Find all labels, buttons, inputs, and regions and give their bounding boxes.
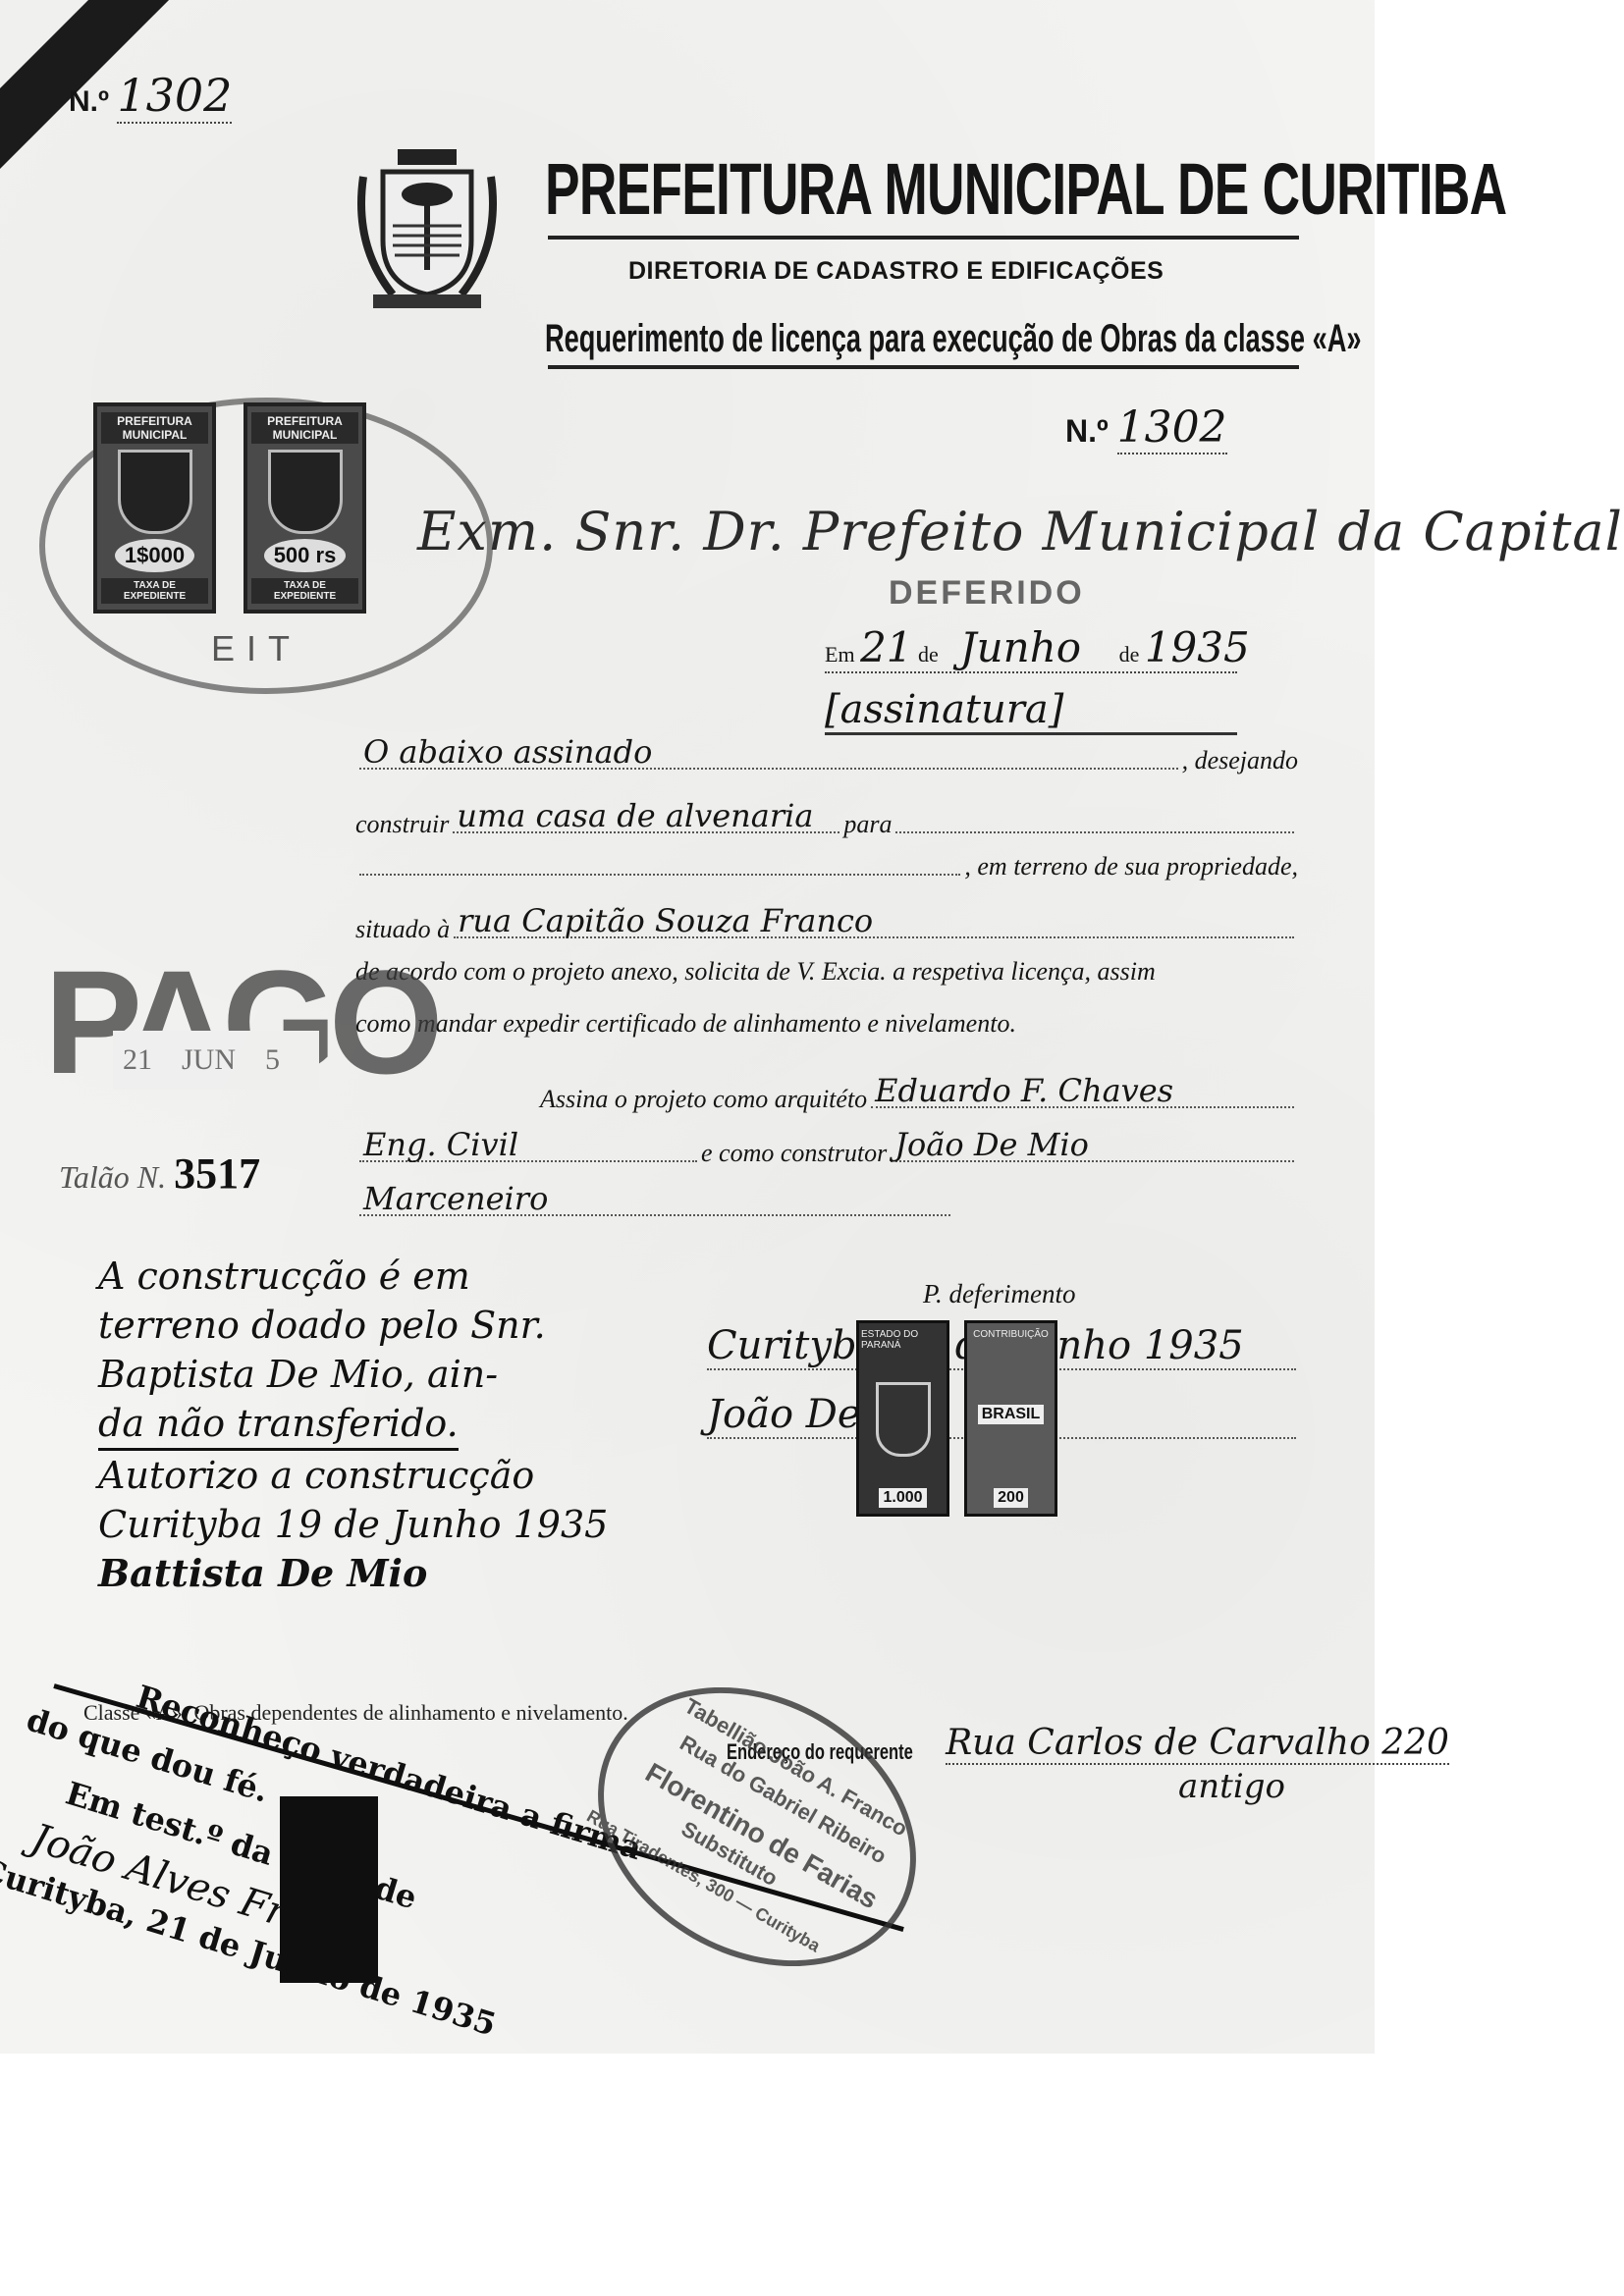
- construction-field: uma casa de alvenaria: [453, 800, 839, 833]
- talao-number: Talão N. 3517: [59, 1148, 260, 1199]
- date-month: Junho: [960, 623, 1081, 671]
- deferido-stamp: DEFERIDO: [889, 574, 1085, 613]
- builder-label: e como construtor: [701, 1139, 887, 1168]
- fee-stamp-header: PREFEITURA MUNICIPAL: [251, 412, 358, 444]
- fee-stamp-footer: TAXA DE EXPEDIENTE: [251, 578, 358, 604]
- tax-stamp-value: 200: [994, 1488, 1028, 1508]
- date-day: 21: [860, 623, 912, 671]
- builder-name: João De Mio: [891, 1129, 1294, 1162]
- requester-field: O abaixo assinado: [359, 736, 1178, 770]
- body-text: , desejando: [1182, 746, 1298, 775]
- decision-signature: [assinatura]: [825, 687, 1237, 735]
- paid-stamp: PAGO 21 JUN 5: [44, 957, 329, 1158]
- tax-stamp-value: 1.000: [879, 1488, 926, 1508]
- tax-stamp-country: BRASIL: [978, 1405, 1045, 1424]
- note-line: da não transferido.: [98, 1399, 459, 1451]
- tax-stamp-200: CONTRIBUIÇÃO BRASIL 200: [964, 1320, 1057, 1517]
- body-line-certificate: como mandar expedir certificado de alinh…: [355, 1009, 1298, 1039]
- body-text: de acordo com o projeto anexo, solicita …: [355, 957, 1156, 987]
- body-line-construction: construir uma casa de alvenaria para: [355, 800, 1298, 839]
- body-line-location: situado à rua Capitão Souza Franco: [355, 905, 1298, 944]
- blank-field: [359, 874, 960, 876]
- tax-stamp-1000: ESTADO DO PARANÁ 1.000: [856, 1320, 949, 1517]
- address-extra: antigo: [1178, 1767, 1285, 1806]
- curitiba-coat-of-arms-icon: [353, 147, 501, 314]
- purpose-field: [895, 831, 1294, 833]
- form-number: N.º 1302: [1065, 402, 1227, 453]
- body-text: como mandar expedir certificado de alinh…: [355, 1009, 1016, 1039]
- fee-stamp-value: 1$000: [115, 539, 194, 572]
- talao-label: Talão N.: [59, 1159, 166, 1195]
- form-number-label: N.º: [1065, 413, 1109, 449]
- shield-icon: [268, 450, 343, 534]
- handwritten-authorization-note: A construcção é em terreno doado pelo Sn…: [98, 1252, 609, 1598]
- body-text: para: [843, 810, 892, 839]
- body-line-builder: Eng. Civil e como construtor João De Mio: [355, 1129, 1298, 1168]
- fee-stamp-1000: PREFEITURA MUNICIPAL 1$000 TAXA DE EXPED…: [93, 402, 216, 614]
- form-number-value: 1302: [1117, 402, 1227, 454]
- architect-label: Assina o projeto como arquitéto: [540, 1085, 867, 1114]
- tax-stamp-header: CONTRIBUIÇÃO: [973, 1329, 1049, 1340]
- scanned-document-page: N.º 1302 PREFEITURA MUNICIPAL DE CURITIB…: [0, 0, 1375, 2054]
- fee-stamp-header: PREFEITURA MUNICIPAL: [101, 412, 208, 444]
- form-title: Requerimento de licença para execução de…: [545, 317, 1362, 361]
- department-subtitle: DIRETORIA DE CADASTRO E EDIFICAÇÕES: [628, 257, 1164, 286]
- top-number-label: N.º: [69, 85, 109, 118]
- body-line-property: , em terreno de sua propriedade,: [355, 852, 1298, 881]
- shield-icon: [118, 450, 192, 534]
- date-year: 1935: [1145, 623, 1250, 671]
- oval-seal-text: EIT: [211, 628, 301, 669]
- date-de: de: [1119, 642, 1140, 667]
- decision-date: Em 21 de Junho de 1935: [825, 623, 1237, 673]
- address-value: Rua Carlos de Carvalho 220: [946, 1723, 1449, 1765]
- top-document-number: N.º 1302: [69, 69, 232, 122]
- note-line: Baptista De Mio, ain-: [98, 1350, 609, 1399]
- date-prefix: Em: [825, 642, 855, 667]
- paid-month: JUN: [182, 1043, 236, 1077]
- paid-stamp-date: 21 JUN 5: [113, 1031, 319, 1090]
- notary-oval-seal: Tabellião João A. Franco Rua do Gabriel …: [547, 1631, 966, 2022]
- header-rule: [548, 236, 1299, 240]
- institution-title: PREFEITURA MUNICIPAL DE CURITIBA: [545, 147, 1506, 231]
- note-line: terreno doado pelo Snr.: [98, 1301, 609, 1350]
- body-text: , em terreno de sua propriedade,: [964, 852, 1298, 881]
- top-number-value: 1302: [117, 69, 232, 124]
- paid-day: 21: [123, 1043, 152, 1077]
- body-line-builder-extra: Marceneiro: [355, 1183, 954, 1222]
- talao-value: 3517: [174, 1149, 260, 1198]
- note-line: A construcção é em: [98, 1252, 609, 1301]
- notary-tax-stamp: [280, 1796, 378, 1983]
- body-line-requester: O abaixo assinado , desejando: [355, 736, 1298, 775]
- builder-extra: Marceneiro: [359, 1183, 950, 1216]
- address-field: rua Capitão Souza Franco: [454, 905, 1294, 938]
- salutation: Exm. Snr. Dr. Prefeito Municipal da Capi…: [417, 501, 1623, 562]
- date-de: de: [918, 642, 939, 667]
- form-title-rule: [548, 365, 1299, 369]
- architect-title: Eng. Civil: [359, 1129, 697, 1162]
- paid-year: 5: [265, 1043, 280, 1077]
- tax-stamp-header: ESTADO DO PARANÁ: [861, 1329, 945, 1351]
- shield-icon: [876, 1382, 931, 1457]
- note-line: Curityba 19 de Junho 1935: [98, 1500, 609, 1549]
- body-line-request: de acordo com o projeto anexo, solicita …: [355, 957, 1298, 987]
- p-deferimento-label: P. deferimento: [923, 1279, 1075, 1309]
- fee-stamp-footer: TAXA DE EXPEDIENTE: [101, 578, 208, 604]
- note-signature: Battista De Mio: [98, 1549, 609, 1598]
- fee-stamp-value: 500 rs: [264, 539, 347, 572]
- note-line: Autorizo a construcção: [98, 1451, 609, 1500]
- body-text: construir: [355, 810, 449, 839]
- fee-stamp-500: PREFEITURA MUNICIPAL 500 rs TAXA DE EXPE…: [244, 402, 366, 614]
- architect-name: Eduardo F. Chaves: [871, 1075, 1294, 1108]
- body-line-architect: Assina o projeto como arquitéto Eduardo …: [540, 1075, 1298, 1114]
